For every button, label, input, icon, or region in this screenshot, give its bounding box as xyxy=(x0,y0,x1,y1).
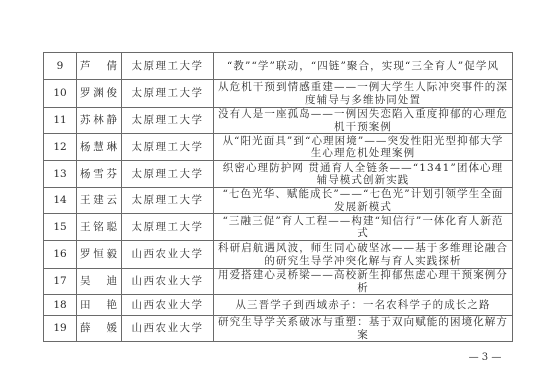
university: 山西农业大学 xyxy=(122,316,214,342)
person-name: 吴 迪 xyxy=(77,269,122,295)
university: 太原理工大学 xyxy=(122,188,214,214)
case-title: “教”“学”联动，“四链”聚合，实现“三全育人”促学风 xyxy=(214,53,513,80)
row-number: 14 xyxy=(44,188,77,214)
table-row: 19 薛 媛 山西农业大学 研究生导学关系破冰与重塑：基于双向赋能的困境化解方案 xyxy=(44,316,513,342)
table-row: 9 芦 倩 太原理工大学 “教”“学”联动，“四链”聚合，实现“三全育人”促学风 xyxy=(44,53,513,80)
case-title: 从“阳光面具”到“心理困境”——突发性阳光型抑郁大学生心理危机处理案例 xyxy=(214,134,513,161)
case-title: 从三晋学子到西域赤子：一名农科学子的成长之路 xyxy=(214,295,513,316)
table-row: 10 罗渊俊 太原理工大学 从危机干预到情感重建——一例大学生人际冲突事件的深度… xyxy=(44,80,513,108)
university: 太原理工大学 xyxy=(122,80,214,108)
person-name: 王建云 xyxy=(77,188,122,214)
table-row: 13 杨雪芬 太原理工大学 织密心理防护网 贯通育人全链条——“1341”团体心… xyxy=(44,161,513,188)
award-list-table: 9 芦 倩 太原理工大学 “教”“学”联动，“四链”聚合，实现“三全育人”促学风… xyxy=(43,52,513,342)
person-name: 苏林静 xyxy=(77,108,122,134)
case-title: “三融三促”育人工程——构建“知信行”一体化育人新范式 xyxy=(214,214,513,241)
person-name: 罗渊俊 xyxy=(77,80,122,108)
person-name: 王铭聪 xyxy=(77,214,122,241)
case-title: 没有人是一座孤岛——一例因失恋陷入重度抑郁的心理危机干预案例 xyxy=(214,108,513,134)
person-name: 薛 媛 xyxy=(77,316,122,342)
table-row: 14 王建云 太原理工大学 “七色光华、赋能成长”——“七色光”计划引领学生全面… xyxy=(44,188,513,214)
person-name: 杨慧琳 xyxy=(77,134,122,161)
table-row: 11 苏林静 太原理工大学 没有人是一座孤岛——一例因失恋陷入重度抑郁的心理危机… xyxy=(44,108,513,134)
row-number: 9 xyxy=(44,53,77,80)
row-number: 13 xyxy=(44,161,77,188)
person-name: 罗恒毅 xyxy=(77,241,122,269)
document-page: 9 芦 倩 太原理工大学 “教”“学”联动，“四链”聚合，实现“三全育人”促学风… xyxy=(0,0,552,391)
person-name: 田 艳 xyxy=(77,295,122,316)
case-title: 科研启航遇风波，师生同心破坚冰——基于多维理论融合的研究生导学冲突化解与育人实践… xyxy=(214,241,513,269)
row-number: 10 xyxy=(44,80,77,108)
case-title: 用爱搭建心灵桥梁——高校新生抑郁焦虑心理干预案例分析 xyxy=(214,269,513,295)
case-title: 织密心理防护网 贯通育人全链条——“1341”团体心理辅导模式创新实践 xyxy=(214,161,513,188)
university: 太原理工大学 xyxy=(122,214,214,241)
row-number: 16 xyxy=(44,241,77,269)
row-number: 12 xyxy=(44,134,77,161)
table-row: 17 吴 迪 山西农业大学 用爱搭建心灵桥梁——高校新生抑郁焦虑心理干预案例分析 xyxy=(44,269,513,295)
row-number: 18 xyxy=(44,295,77,316)
case-title: “七色光华、赋能成长”——“七色光”计划引领学生全面发展新模式 xyxy=(214,188,513,214)
person-name: 芦 倩 xyxy=(77,53,122,80)
row-number: 15 xyxy=(44,214,77,241)
row-number: 11 xyxy=(44,108,77,134)
university: 山西农业大学 xyxy=(122,295,214,316)
row-number: 19 xyxy=(44,316,77,342)
university: 太原理工大学 xyxy=(122,53,214,80)
table-row: 15 王铭聪 太原理工大学 “三融三促”育人工程——构建“知信行”一体化育人新范… xyxy=(44,214,513,241)
table-row: 12 杨慧琳 太原理工大学 从“阳光面具”到“心理困境”——突发性阳光型抑郁大学… xyxy=(44,134,513,161)
university: 太原理工大学 xyxy=(122,161,214,188)
university: 山西农业大学 xyxy=(122,269,214,295)
page-number: — 3 — xyxy=(460,352,510,363)
table-row: 18 田 艳 山西农业大学 从三晋学子到西域赤子：一名农科学子的成长之路 xyxy=(44,295,513,316)
case-title: 从危机干预到情感重建——一例大学生人际冲突事件的深度辅导与多维协同处置 xyxy=(214,80,513,108)
university: 太原理工大学 xyxy=(122,108,214,134)
university: 山西农业大学 xyxy=(122,241,214,269)
table-row: 16 罗恒毅 山西农业大学 科研启航遇风波，师生同心破坚冰——基于多维理论融合的… xyxy=(44,241,513,269)
university: 太原理工大学 xyxy=(122,134,214,161)
row-number: 17 xyxy=(44,269,77,295)
case-title: 研究生导学关系破冰与重塑：基于双向赋能的困境化解方案 xyxy=(214,316,513,342)
person-name: 杨雪芬 xyxy=(77,161,122,188)
